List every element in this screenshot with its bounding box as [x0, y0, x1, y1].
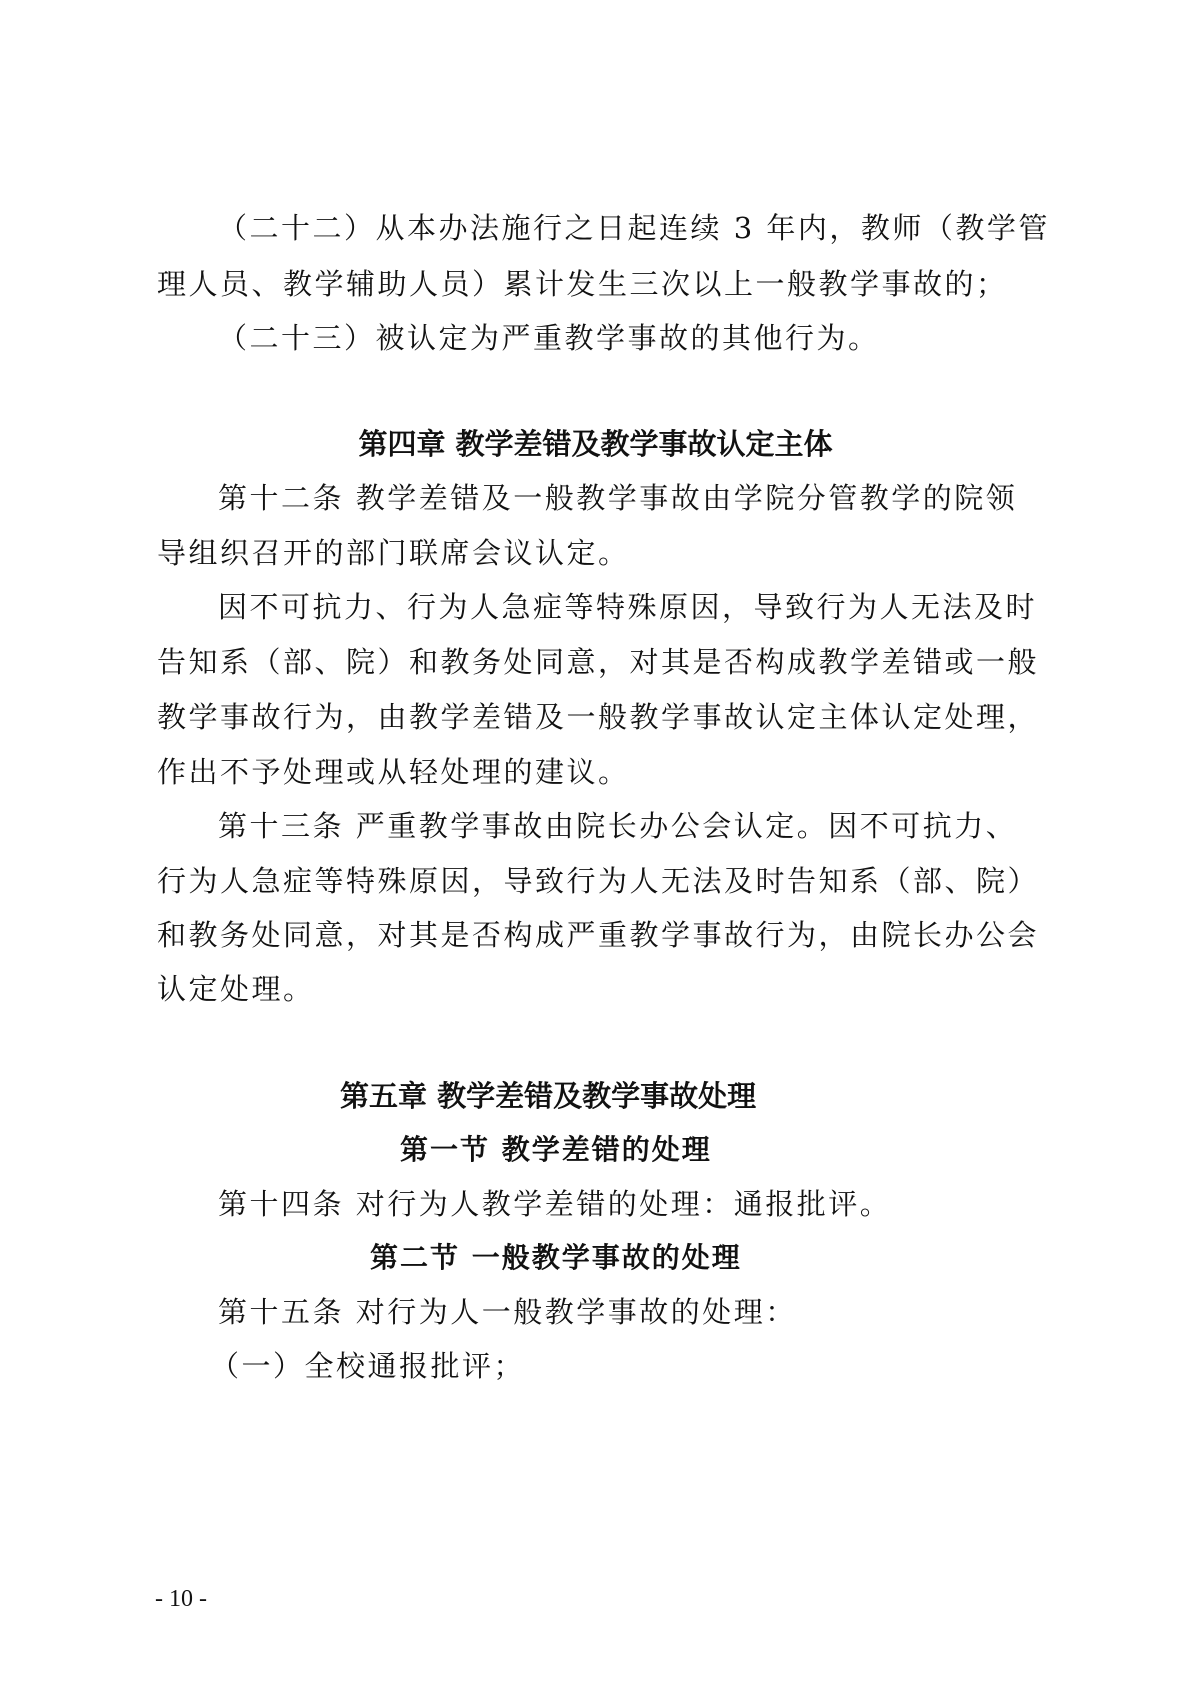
- article-13-line-3: 和教务处同意，对其是否构成严重教学事故行为，由院长办公会: [157, 915, 1037, 955]
- article-15-item-1: （一）全校通报批评；: [210, 1346, 1090, 1386]
- force-majeure-para-line-2: 告知系（部、院）和教务处同意，对其是否构成教学差错或一般: [157, 642, 1037, 682]
- chapter-5-title: 第五章 教学差错及教学事故处理: [340, 1076, 800, 1116]
- chapter-4-title: 第四章 教学差错及教学事故认定主体: [0, 424, 1191, 464]
- force-majeure-para-line-4: 作出不予处理或从轻处理的建议。: [157, 752, 1037, 792]
- article-13-line-1: 第十三条 严重教学事故由院长办公会认定。因不可抗力、: [218, 806, 1098, 846]
- article-15: 第十五条 对行为人一般教学事故的处理：: [218, 1292, 1098, 1332]
- article-14: 第十四条 对行为人教学差错的处理：通报批评。: [218, 1184, 1098, 1224]
- article-13-line-2: 行为人急症等特殊原因，导致行为人无法及时告知系（部、院）: [157, 861, 1037, 901]
- article-13-line-4: 认定处理。: [157, 969, 1037, 1009]
- item-22-line-2: 理人员、教学辅助人员）累计发生三次以上一般教学事故的；: [157, 264, 1037, 304]
- article-12-line-2: 导组织召开的部门联席会议认定。: [157, 533, 1037, 573]
- document-page: （二十二）从本办法施行之日起连续 3 年内，教师（教学管 理人员、教学辅助人员）…: [0, 0, 1191, 1684]
- force-majeure-para-line-3: 教学事故行为，由教学差错及一般教学事故认定主体认定处理，: [157, 697, 1037, 737]
- force-majeure-para-line-1: 因不可抗力、行为人急症等特殊原因，导致行为人无法及时: [218, 587, 1098, 627]
- item-23: （二十三）被认定为严重教学事故的其他行为。: [218, 318, 1098, 358]
- section-1-title: 第一节 教学差错的处理: [400, 1130, 712, 1170]
- page-number: - 10 -: [155, 1584, 207, 1614]
- section-2-title: 第二节 一般教学事故的处理: [370, 1238, 742, 1278]
- item-22-line-1: （二十二）从本办法施行之日起连续 3 年内，教师（教学管: [218, 208, 1098, 248]
- article-12-line-1: 第十二条 教学差错及一般教学事故由学院分管教学的院领: [218, 478, 1098, 518]
